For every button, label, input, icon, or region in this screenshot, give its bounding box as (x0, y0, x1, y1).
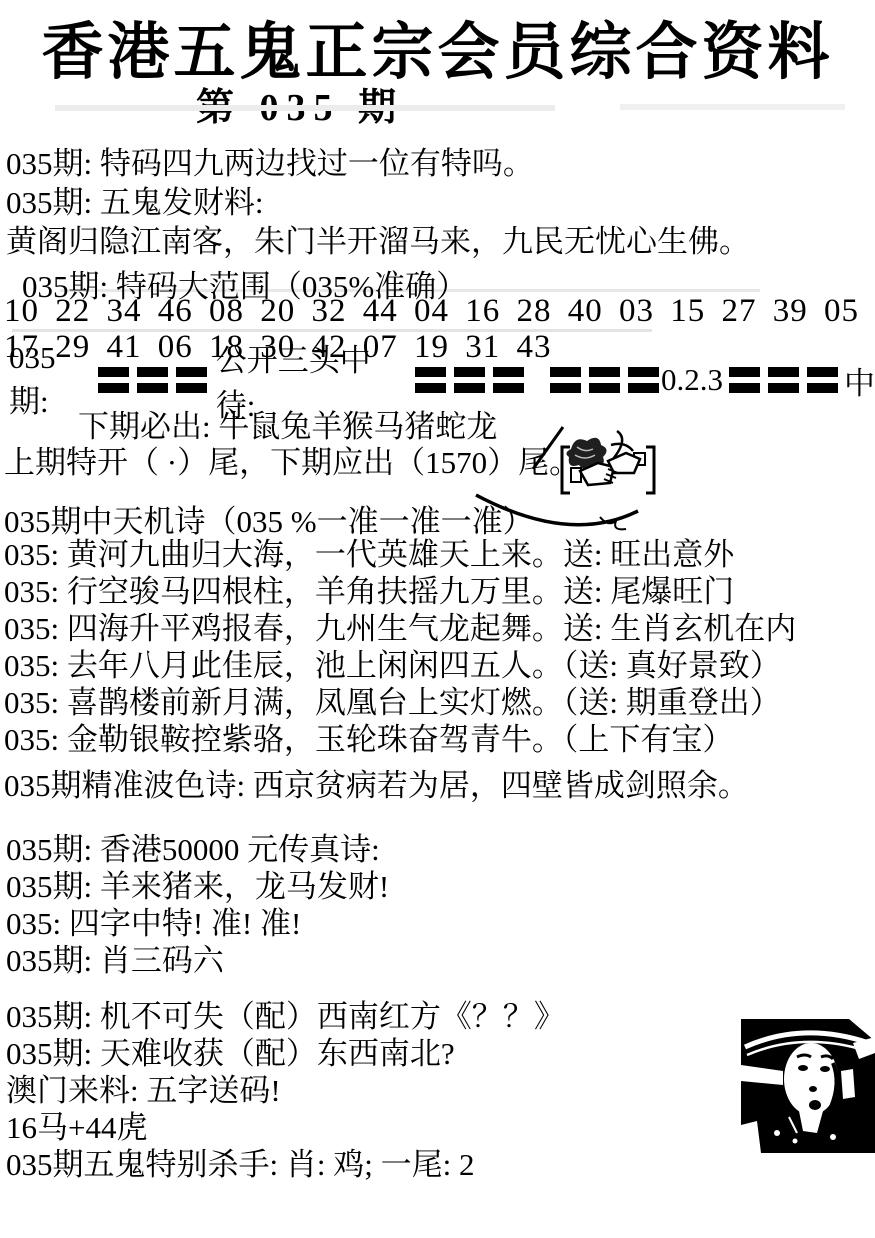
tip-line: 035期: 五鬼发财料: (6, 183, 750, 222)
heads-digits: 0.2.3 (661, 362, 723, 398)
poem-line: 黄阁归隐江南客，朱门半开溜马来，九民无忧心生佛。 (6, 222, 750, 261)
censored-bar-unit (589, 367, 620, 393)
censored-bar-unit (137, 367, 168, 393)
poem-line: 035: 去年八月此佳辰，池上闲闲四五人。（送: 真好景致） (4, 647, 796, 684)
censored-bar-unit (550, 367, 581, 393)
censored-bar-unit (493, 367, 524, 393)
number-range-list: 10 22 34 46 08 20 32 44 04 16 28 40 03 1… (4, 293, 859, 365)
poem-line: 035: 喜鹊楼前新月满，凤凰台上实灯燃。（送: 期重登出） (4, 684, 796, 721)
three-heads-line: 035期: 公开三头中待: 0.2.3 中 (6, 358, 875, 402)
scan-artifact (55, 105, 555, 111)
censored-bar-unit (768, 367, 799, 393)
bottom-line: 澳门来料: 五字送码! (6, 1072, 565, 1109)
numbers-row: 10 22 34 46 08 20 32 44 04 16 28 40 03 1… (4, 293, 859, 329)
bottom-line: 035期五鬼特别杀手: 肖: 鸡; 一尾: 2 (6, 1146, 565, 1183)
bottom-section: 035期: 机不可失（配）西南红方《？？》 035期: 天难收获（配）东西南北?… (6, 998, 565, 1183)
censored-bar-unit (628, 367, 659, 393)
censored-block-group (729, 367, 838, 393)
issue-number: 第 035 期 (0, 76, 600, 131)
tail-line: 上期特开（ ·）尾，下期应出（1570）尾。 (4, 437, 580, 482)
tianji-poems: 035: 黄河九曲归大海，一代英雄天上来。送: 旺出意外 035: 行空骏马四根… (4, 536, 796, 758)
censored-block-group (415, 367, 524, 393)
fax-section: 035期: 香港50000 元传真诗: 035期: 羊来猪来，龙马发财! 035… (6, 831, 389, 979)
fax-line: 035期: 肖三码六 (6, 942, 389, 979)
censored-bar-unit (415, 367, 446, 393)
heads-suffix: 中 (844, 358, 875, 403)
censored-block-group (550, 367, 659, 393)
censored-bar-unit (807, 367, 838, 393)
document-page: 香港五鬼正宗会员综合资料 第 035 期 035期: 特码四九两边找过一位有特吗… (0, 0, 875, 1238)
censored-bar-unit (454, 367, 485, 393)
tip-line: 035期: 特码四九两边找过一位有特吗。 (6, 144, 750, 183)
portrait-photo (737, 1013, 875, 1160)
intro-section: 035期: 特码四九两边找过一位有特吗。 035期: 五鬼发财料: 黄阁归隐江南… (6, 144, 750, 261)
poem-line: 035: 行空骏马四根柱，羊角扶摇九万里。送: 尾爆旺门 (4, 573, 796, 610)
heads-prefix: 035期: (9, 340, 89, 421)
bose-poem-line: 035期精准波色诗: 西京贫病若为居，四壁皆成剑照余。 (4, 760, 749, 805)
poem-line: 035: 四海升平鸡报春，九州生气龙起舞。送: 生肖玄机在内 (4, 610, 796, 647)
censored-bar-unit (98, 367, 129, 393)
censored-bar-unit (729, 367, 760, 393)
bottom-line: 16马+44虎 (6, 1109, 565, 1146)
bottom-line: 035期: 天难收获（配）东西南北? (6, 1035, 565, 1072)
fax-line: 035期: 香港50000 元传真诗: (6, 831, 389, 868)
poem-line: 035: 黄河九曲归大海，一代英雄天上来。送: 旺出意外 (4, 536, 796, 573)
poem-line: 035: 金勒银鞍控紫骆，玉轮珠奋驾青牛。（上下有宝） (4, 721, 796, 758)
bottom-line: 035期: 机不可失（配）西南红方《？？》 (6, 998, 565, 1035)
censored-bar-unit (176, 367, 207, 393)
tail-line-pre: 上期特开（ ·）尾，下期应出（1570 (4, 445, 487, 480)
fax-line: 035: 四字中特! 准! 准! (6, 905, 389, 942)
censored-block-group (98, 367, 207, 393)
fax-line: 035期: 羊来猪来，龙马发财! (6, 868, 389, 905)
tianji-title: 035期中天机诗（035 %一准一准一准） (4, 496, 534, 541)
scan-artifact (620, 104, 845, 110)
